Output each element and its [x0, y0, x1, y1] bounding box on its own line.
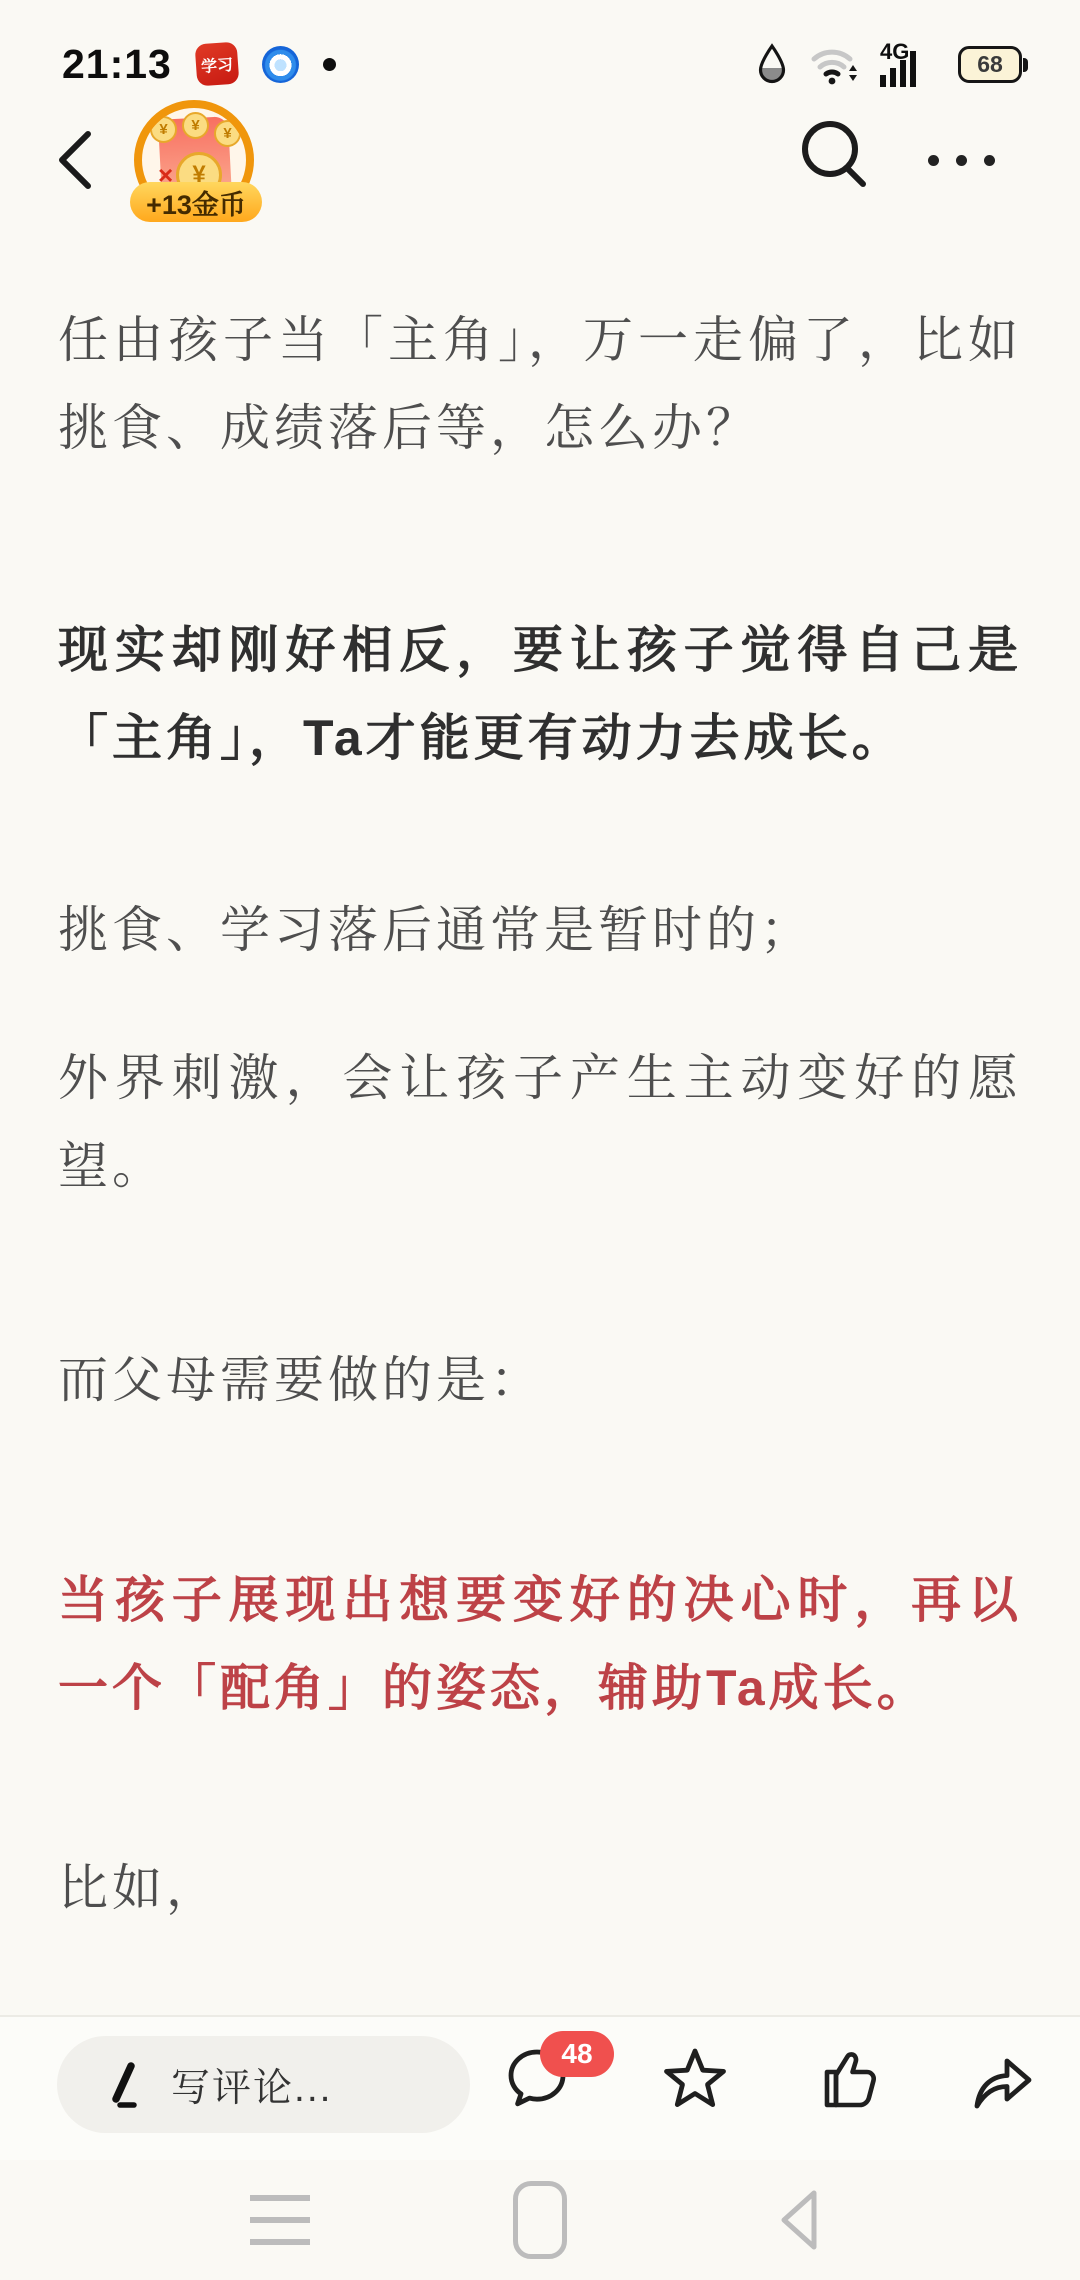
comment-count-badge: 48: [540, 2031, 614, 2077]
pen-icon: [103, 2060, 143, 2110]
article-paragraph: 比如，: [58, 1844, 1022, 1932]
article-paragraph: 任由孩子当「主角」，万一走偏了，比如挑食、成绩落后等，怎么办？: [58, 296, 1022, 472]
article-paragraph: 挑食、学习落后通常是暂时的；: [58, 886, 1022, 974]
home-square-icon: [513, 2181, 567, 2259]
nav-home-button[interactable]: [480, 2160, 600, 2280]
triangle-left-icon: [774, 2185, 826, 2255]
hamburger-icon: [248, 2188, 312, 2252]
android-navigation-bar: [0, 2160, 1080, 2280]
write-comment-input[interactable]: 写评论...: [57, 2036, 470, 2133]
article-paragraph: 外界刺激，会让孩子产生主动变好的愿望。: [58, 1034, 1022, 1210]
article-paragraph: 而父母需要做的是：: [58, 1336, 1022, 1424]
article-body: 任由孩子当「主角」，万一走偏了，比如挑食、成绩落后等，怎么办？ 现实却刚好相反，…: [58, 0, 1022, 1932]
article-paragraph-red-highlight: 当孩子展现出想要变好的决心时，再以一个「配角」的姿态，辅助Ta成长。: [58, 1556, 1022, 1732]
favorite-star-button[interactable]: [660, 2035, 730, 2127]
comment-toolbar: 写评论... 48: [0, 2015, 1080, 2160]
article-paragraph-bold: 现实却刚好相反，要让孩子觉得自己是「主角」，Ta才能更有动力去成长。: [58, 606, 1022, 782]
share-button[interactable]: [968, 2035, 1038, 2127]
nav-back-button[interactable]: [740, 2160, 860, 2280]
screen: 21:13 学习 4G: [0, 0, 1080, 2280]
like-thumbs-up-button[interactable]: [814, 2035, 884, 2127]
nav-recents-button[interactable]: [220, 2160, 340, 2280]
write-comment-placeholder: 写评论...: [171, 2057, 333, 2113]
